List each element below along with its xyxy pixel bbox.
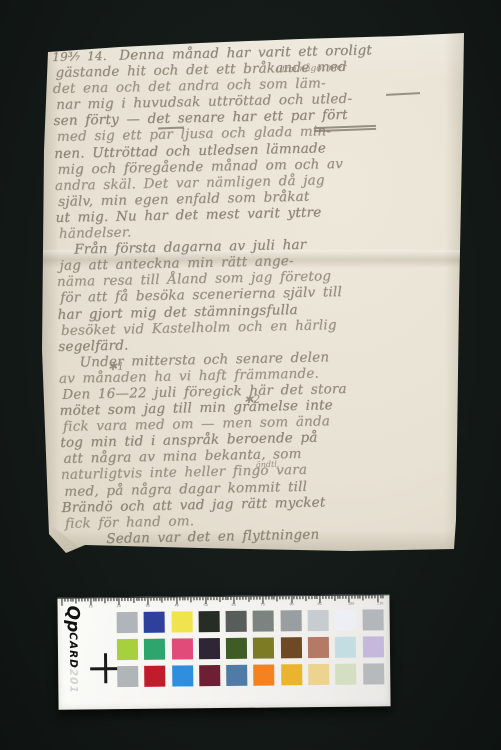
ruler-tick bbox=[351, 596, 352, 599]
color-swatch bbox=[308, 637, 329, 658]
ruler-tick bbox=[251, 597, 252, 600]
color-swatch bbox=[199, 665, 220, 686]
ruler-tick bbox=[130, 598, 131, 601]
ruler-tick bbox=[236, 597, 237, 600]
ruler-tick bbox=[87, 598, 88, 601]
ruler-tick bbox=[199, 597, 200, 600]
ruler-tick bbox=[185, 597, 186, 600]
ruler-tick bbox=[153, 598, 154, 601]
ruler-tick bbox=[357, 596, 358, 599]
interlinear-insertion-2: ändtl. bbox=[256, 460, 280, 470]
card-brand: QpCARD201 bbox=[62, 605, 85, 705]
ruler-tick bbox=[150, 598, 151, 601]
ruler-tick bbox=[113, 598, 114, 601]
ruler-tick bbox=[139, 598, 140, 601]
ruler-tick bbox=[268, 597, 269, 600]
color-swatch bbox=[117, 612, 138, 633]
ruler-tick bbox=[340, 596, 341, 599]
ruler-tick bbox=[280, 596, 281, 599]
ruler-tick bbox=[82, 598, 83, 601]
ruler-tick bbox=[371, 595, 372, 598]
ruler-tick bbox=[193, 597, 194, 600]
ruler-tick bbox=[363, 596, 364, 601]
ruler-number: 60 bbox=[232, 603, 236, 607]
color-swatch bbox=[363, 636, 384, 657]
card-model-number: 201 bbox=[67, 669, 79, 694]
ruler-tick bbox=[305, 596, 306, 601]
ruler-tick bbox=[254, 597, 255, 600]
ruler-tick bbox=[67, 599, 68, 602]
ruler-tick bbox=[145, 598, 146, 601]
ruler-tick bbox=[311, 596, 312, 599]
color-swatch bbox=[226, 611, 247, 632]
ruler-tick bbox=[297, 596, 298, 599]
ruler-tick bbox=[182, 597, 183, 600]
ruler-tick bbox=[222, 597, 223, 600]
ruler-tick bbox=[288, 596, 289, 599]
ruler-tick bbox=[168, 598, 169, 601]
color-swatch bbox=[117, 666, 138, 687]
color-swatch bbox=[308, 664, 329, 685]
ruler-tick bbox=[211, 597, 212, 600]
ruler-tick bbox=[179, 597, 180, 600]
ruler-tick bbox=[127, 598, 128, 601]
ruler-tick bbox=[334, 596, 335, 601]
ruler-number: 40 bbox=[174, 603, 178, 607]
ruler-tick bbox=[225, 597, 226, 600]
ruler-tick bbox=[216, 597, 217, 600]
ruler-tick bbox=[368, 595, 369, 598]
ruler-number: 90 bbox=[318, 602, 322, 606]
ruler-number: 100 bbox=[348, 602, 354, 606]
ruler-tick bbox=[110, 598, 111, 601]
ruler-tick bbox=[79, 599, 80, 602]
ruler-tick bbox=[300, 596, 301, 599]
ruler-tick bbox=[162, 598, 163, 603]
ruler-tick bbox=[159, 598, 160, 601]
ruler-tick bbox=[188, 597, 189, 600]
color-swatch bbox=[363, 663, 384, 684]
ruler-tick bbox=[102, 598, 103, 601]
ruler-number: 80 bbox=[289, 602, 293, 606]
ruler-tick bbox=[302, 596, 303, 599]
ruler-tick bbox=[265, 597, 266, 600]
ruler-tick bbox=[271, 596, 272, 599]
ruler-tick bbox=[314, 596, 315, 599]
ruler-tick bbox=[328, 596, 329, 599]
ruler-number: 50 bbox=[203, 603, 207, 607]
ruler-tick bbox=[354, 596, 355, 599]
color-swatch bbox=[144, 612, 165, 633]
asterisk-mark-2: ✱2 bbox=[244, 393, 261, 407]
ruler-tick bbox=[277, 596, 278, 601]
color-swatch bbox=[335, 637, 356, 658]
ruler-tick bbox=[142, 598, 143, 601]
color-swatch bbox=[253, 610, 274, 631]
ruler-tick bbox=[170, 598, 171, 601]
ruler-tick bbox=[248, 597, 249, 602]
color-swatch bbox=[144, 666, 165, 687]
color-swatch bbox=[280, 610, 301, 631]
asterisk-mark-1: ✱1 bbox=[108, 360, 125, 374]
ruler-tick bbox=[239, 597, 240, 600]
ruler-tick bbox=[346, 596, 347, 599]
ruler-tick bbox=[282, 596, 283, 599]
ruler-tick bbox=[70, 599, 71, 602]
ruler-tick bbox=[366, 596, 367, 599]
ruler-tick bbox=[104, 598, 105, 603]
crosshair-vertical-bar bbox=[104, 653, 107, 683]
ruler-tick bbox=[317, 596, 318, 599]
ruler-tick bbox=[231, 597, 232, 600]
ruler-tick bbox=[202, 597, 203, 600]
ruler-tick bbox=[99, 598, 100, 601]
ruler-tick bbox=[257, 597, 258, 600]
color-swatch bbox=[281, 637, 302, 658]
color-swatch bbox=[254, 664, 275, 685]
ruler-tick bbox=[308, 596, 309, 599]
ruler-tick bbox=[61, 599, 62, 606]
ruler-scale: 102030405060708090100110 bbox=[57, 594, 389, 610]
ruler-number: 70 bbox=[260, 603, 264, 607]
ruler-tick bbox=[245, 597, 246, 600]
ruler-tick bbox=[196, 597, 197, 600]
crosshair-mark bbox=[90, 653, 120, 683]
ruler-tick bbox=[360, 596, 361, 599]
ruler-number: 30 bbox=[146, 604, 150, 608]
ruler-tick bbox=[165, 598, 166, 601]
ruler-tick bbox=[219, 597, 220, 602]
ruler-tick bbox=[337, 596, 338, 599]
ruler-tick bbox=[323, 596, 324, 599]
ruler-tick bbox=[228, 597, 229, 600]
color-calibration-card: 102030405060708090100110 QpCARD201 bbox=[57, 594, 390, 709]
color-swatch bbox=[226, 638, 247, 659]
ruler-tick bbox=[383, 595, 384, 598]
ruler-tick bbox=[331, 596, 332, 599]
color-swatch bbox=[308, 610, 329, 631]
color-swatch bbox=[198, 611, 219, 632]
ruler-tick bbox=[374, 595, 375, 598]
ruler-tick bbox=[259, 597, 260, 600]
ruler-tick bbox=[125, 598, 126, 601]
color-swatch-grid bbox=[117, 609, 384, 687]
color-swatch bbox=[336, 664, 357, 685]
ruler-number: 110 bbox=[377, 601, 383, 605]
ruler-tick bbox=[191, 597, 192, 602]
ruler-number: 10 bbox=[88, 604, 92, 608]
color-swatch bbox=[253, 637, 274, 658]
ruler-tick bbox=[208, 597, 209, 600]
color-swatch bbox=[226, 665, 247, 686]
ruler-tick bbox=[93, 598, 94, 601]
ruler-tick bbox=[122, 598, 123, 601]
ruler-tick bbox=[285, 596, 286, 599]
ruler-tick bbox=[274, 596, 275, 599]
ruler-tick bbox=[64, 599, 65, 602]
color-swatch bbox=[172, 665, 193, 686]
ruler-tick bbox=[242, 597, 243, 600]
color-swatch bbox=[144, 639, 165, 660]
ruler-tick bbox=[133, 598, 134, 603]
ruler-tick bbox=[107, 598, 108, 601]
letter-paper: 19³⁄₇ 14. Denna månad har varit ett orol… bbox=[38, 30, 466, 556]
color-swatch bbox=[117, 639, 138, 660]
color-swatch bbox=[335, 610, 356, 631]
ruler-tick bbox=[325, 596, 326, 599]
brand-prefix-text: Qp bbox=[63, 605, 83, 632]
color-swatch bbox=[362, 609, 383, 630]
ruler-number: 20 bbox=[117, 604, 121, 608]
color-swatch bbox=[171, 611, 192, 632]
ruler-tick bbox=[96, 598, 97, 601]
photograph-of-letter: 19³⁄₇ 14. Denna månad har varit ett orol… bbox=[0, 0, 501, 750]
ruler-tick bbox=[84, 598, 85, 601]
handwritten-text: 19³⁄₇ 14. Denna månad har varit ett orol… bbox=[52, 41, 466, 548]
ruler-tick bbox=[116, 598, 117, 601]
color-swatch bbox=[199, 638, 220, 659]
ruler-tick bbox=[156, 598, 157, 601]
color-swatch bbox=[281, 664, 302, 685]
ruler-tick bbox=[173, 598, 174, 601]
ruler-tick bbox=[214, 597, 215, 600]
brand-suffix-text: CARD bbox=[67, 632, 79, 669]
ruler-tick bbox=[76, 599, 77, 604]
ruler-tick bbox=[136, 598, 137, 601]
ruler-tick bbox=[294, 596, 295, 599]
ruler-tick bbox=[380, 595, 381, 598]
ruler-tick bbox=[73, 599, 74, 602]
letter-date: 19³⁄₇ 14. bbox=[52, 49, 119, 64]
color-swatch bbox=[171, 638, 192, 659]
ruler-tick bbox=[343, 596, 344, 599]
